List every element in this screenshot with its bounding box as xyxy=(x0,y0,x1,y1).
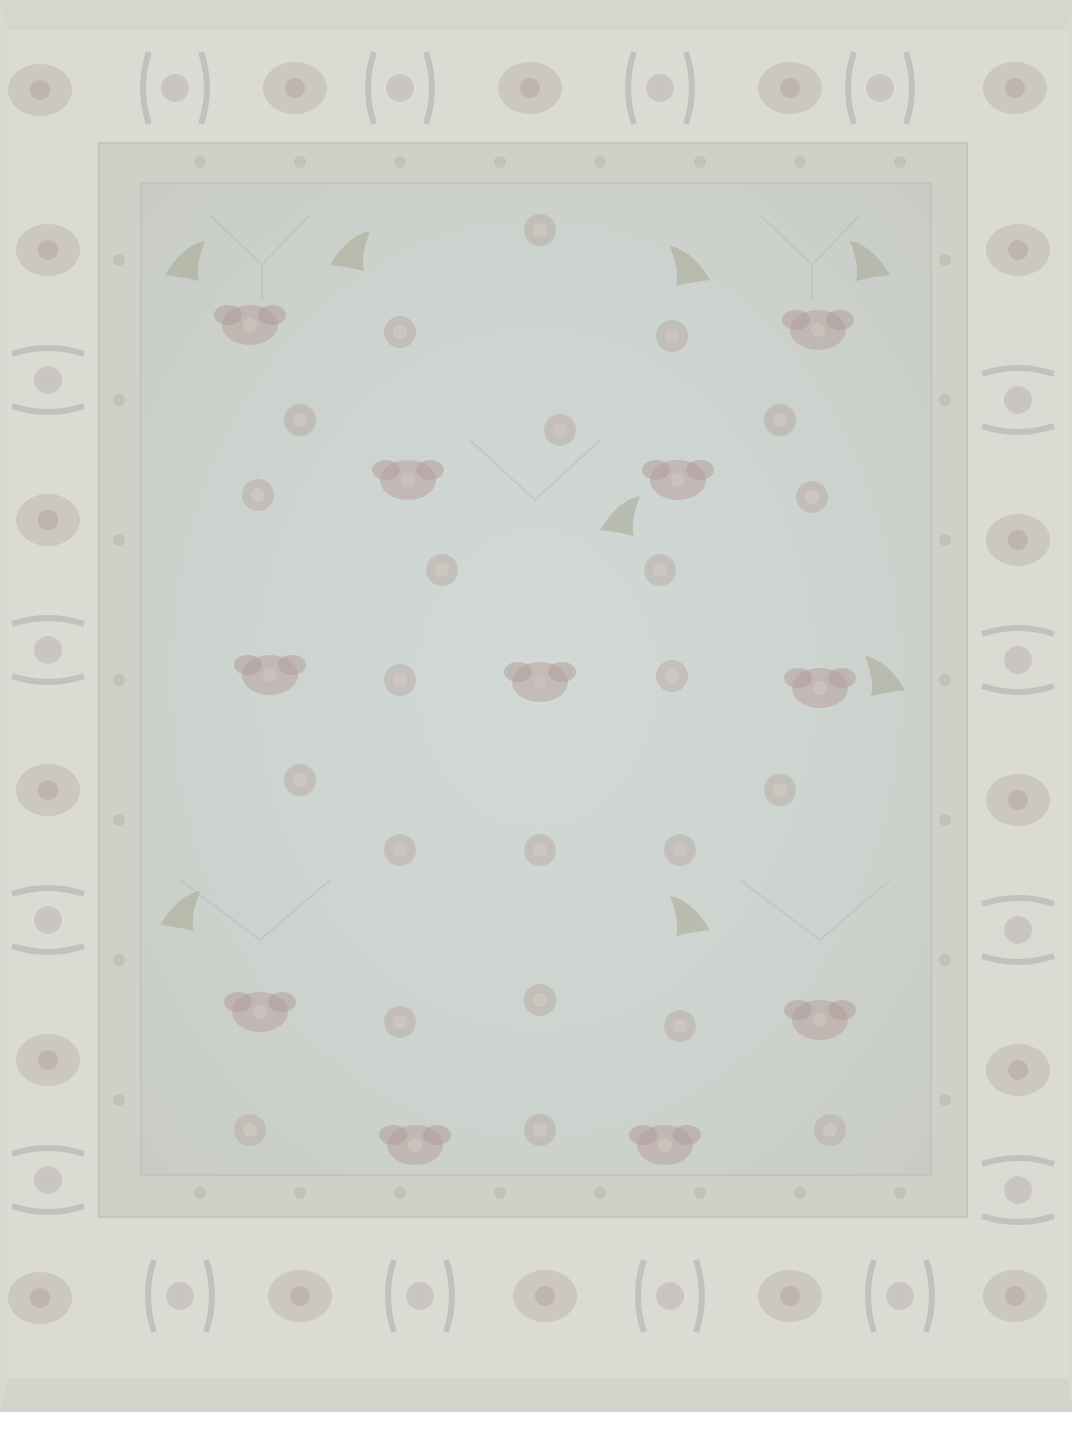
rug xyxy=(0,0,1072,1412)
bottom-edge xyxy=(0,1412,1072,1429)
right-border-motifs xyxy=(982,224,1054,1222)
top-border-motifs xyxy=(8,52,1047,124)
rug-motifs xyxy=(0,0,1072,1412)
bottom-border-motifs xyxy=(8,1260,1047,1332)
left-border-motifs xyxy=(12,224,84,1212)
field-motifs xyxy=(160,214,905,1165)
